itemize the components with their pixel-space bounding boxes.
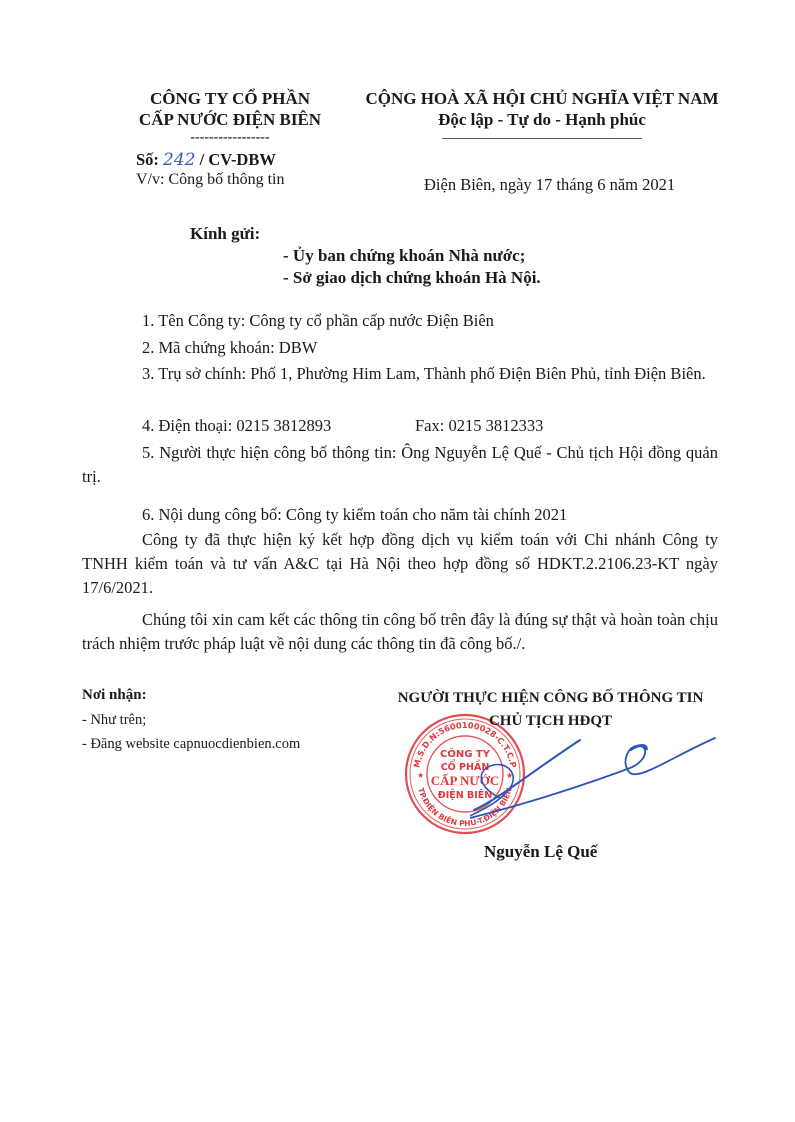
paragraph-audit-contract: Công ty đã thực hiện ký kết hợp đồng dịc… (82, 528, 718, 600)
recipient-item: - Ủy ban chứng khoán Nhà nước; (283, 246, 525, 266)
company-name-line1: CÔNG TY CỔ PHẦN (110, 88, 350, 109)
item-disclosure-content: 6. Nội dung công bố: Công ty kiểm toán c… (142, 505, 567, 525)
handwritten-signature (470, 718, 720, 828)
item-disclosure-person: 5. Người thực hiện công bố thông tin: Ôn… (82, 441, 718, 489)
item-fax: Fax: 0215 3812333 (415, 416, 543, 436)
document-subject: V/v: Công bố thông tin (136, 171, 284, 189)
signatory-title: NGƯỜI THỰC HIỆN CÔNG BỐ THÔNG TIN (378, 690, 723, 707)
item-phone: 4. Điện thoại: 0215 3812893 (142, 416, 331, 436)
document-number: Số: 242 / CV-DBW (136, 150, 276, 170)
item-company-name: 1. Tên Công ty: Công ty cổ phần cấp nước… (142, 311, 494, 331)
place-date: Điện Biên, ngày 17 tháng 6 năm 2021 (424, 175, 675, 195)
paragraph-commitment: Chúng tôi xin cam kết các thông tin công… (82, 608, 718, 656)
signatory-name: Nguyễn Lệ Quế (484, 842, 597, 862)
distribution-label: Nơi nhận: (82, 687, 147, 704)
company-name-line2: CẤP NƯỚC ĐIỆN BIÊN (110, 109, 350, 130)
motto-underline (442, 138, 642, 139)
item-stock-code: 2. Mã chứng khoán: DBW (142, 338, 317, 358)
recipient-item: - Sở giao dịch chứng khoán Hà Nội. (283, 268, 541, 288)
header-separator: ----------------- (110, 132, 350, 144)
item-headquarters: 3. Trụ sở chính: Phố 1, Phường Him Lam, … (82, 362, 718, 386)
document-number-suffix: / CV-DBW (200, 150, 276, 169)
document-number-label: Số: (136, 150, 159, 169)
national-motto: Độc lập - Tự do - Hạnh phúc (352, 109, 732, 130)
distribution-item: - Đăng website capnuocdienbien.com (82, 736, 300, 753)
svg-text:★: ★ (417, 771, 424, 780)
national-header: CỘNG HOÀ XÃ HỘI CHỦ NGHĨA VIỆT NAM Độc l… (352, 88, 732, 130)
issuer-block: CÔNG TY CỔ PHẦN CẤP NƯỚC ĐIỆN BIÊN -----… (110, 88, 350, 144)
document-number-handwritten: 242 (163, 150, 195, 170)
recipients-label: Kính gửi: (190, 224, 260, 244)
nation-title: CỘNG HOÀ XÃ HỘI CHỦ NGHĨA VIỆT NAM (352, 88, 732, 109)
distribution-item: - Như trên; (82, 712, 146, 729)
